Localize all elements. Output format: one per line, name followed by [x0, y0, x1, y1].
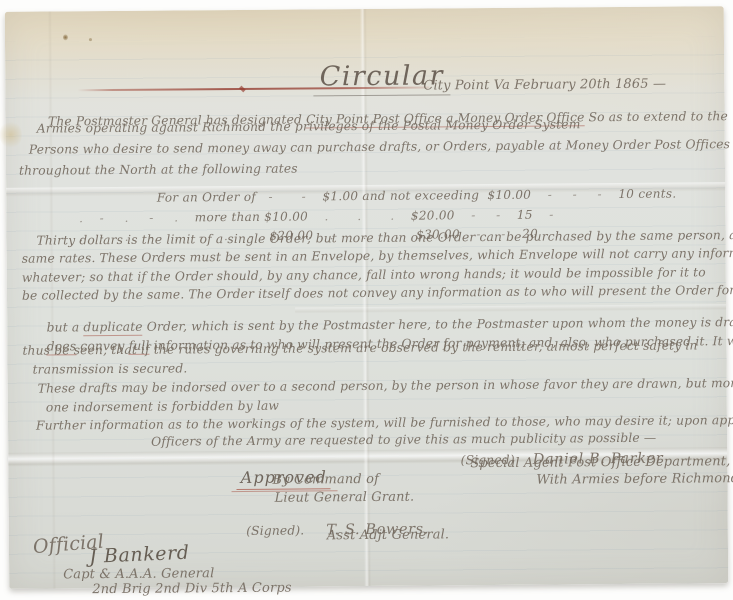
asst-adjt-general-line: Asst Adjt General. — [327, 527, 449, 543]
official-signature: J Bankerd — [89, 542, 190, 568]
paragraph2-line8: transmission is secured. — [33, 361, 188, 376]
signature-right-line2: Special Agent Post Office Department, — [470, 454, 730, 471]
paragraph3-line2: one indorsement is forbidden by law — [46, 399, 279, 415]
signature-right-line3: With Armies before Richmond — [536, 471, 733, 488]
ink-stain-spot — [63, 34, 68, 40]
ink-stain-spot — [89, 38, 92, 41]
document-paper: Circular City Point Va February 20th 186… — [5, 6, 729, 589]
dateline: City Point Va February 20th 1865 — — [423, 77, 666, 94]
rate1-fee: 10 cents. — [618, 187, 676, 201]
para1-l1-post: So as to extend to the — [584, 109, 728, 124]
document-photo: Circular City Point Va February 20th 186… — [0, 0, 733, 600]
official-rank-line: Capt & A.A.A. General — [63, 566, 214, 582]
grant-line: Lieut General Grant. — [275, 490, 415, 506]
signed-label-2: (Signed). — [246, 523, 304, 537]
by-command-line: By Command of — [272, 472, 379, 488]
official-unit-line: 2nd Brig 2nd Div 5th A Corps — [92, 581, 291, 598]
foxing-stain — [0, 120, 22, 150]
